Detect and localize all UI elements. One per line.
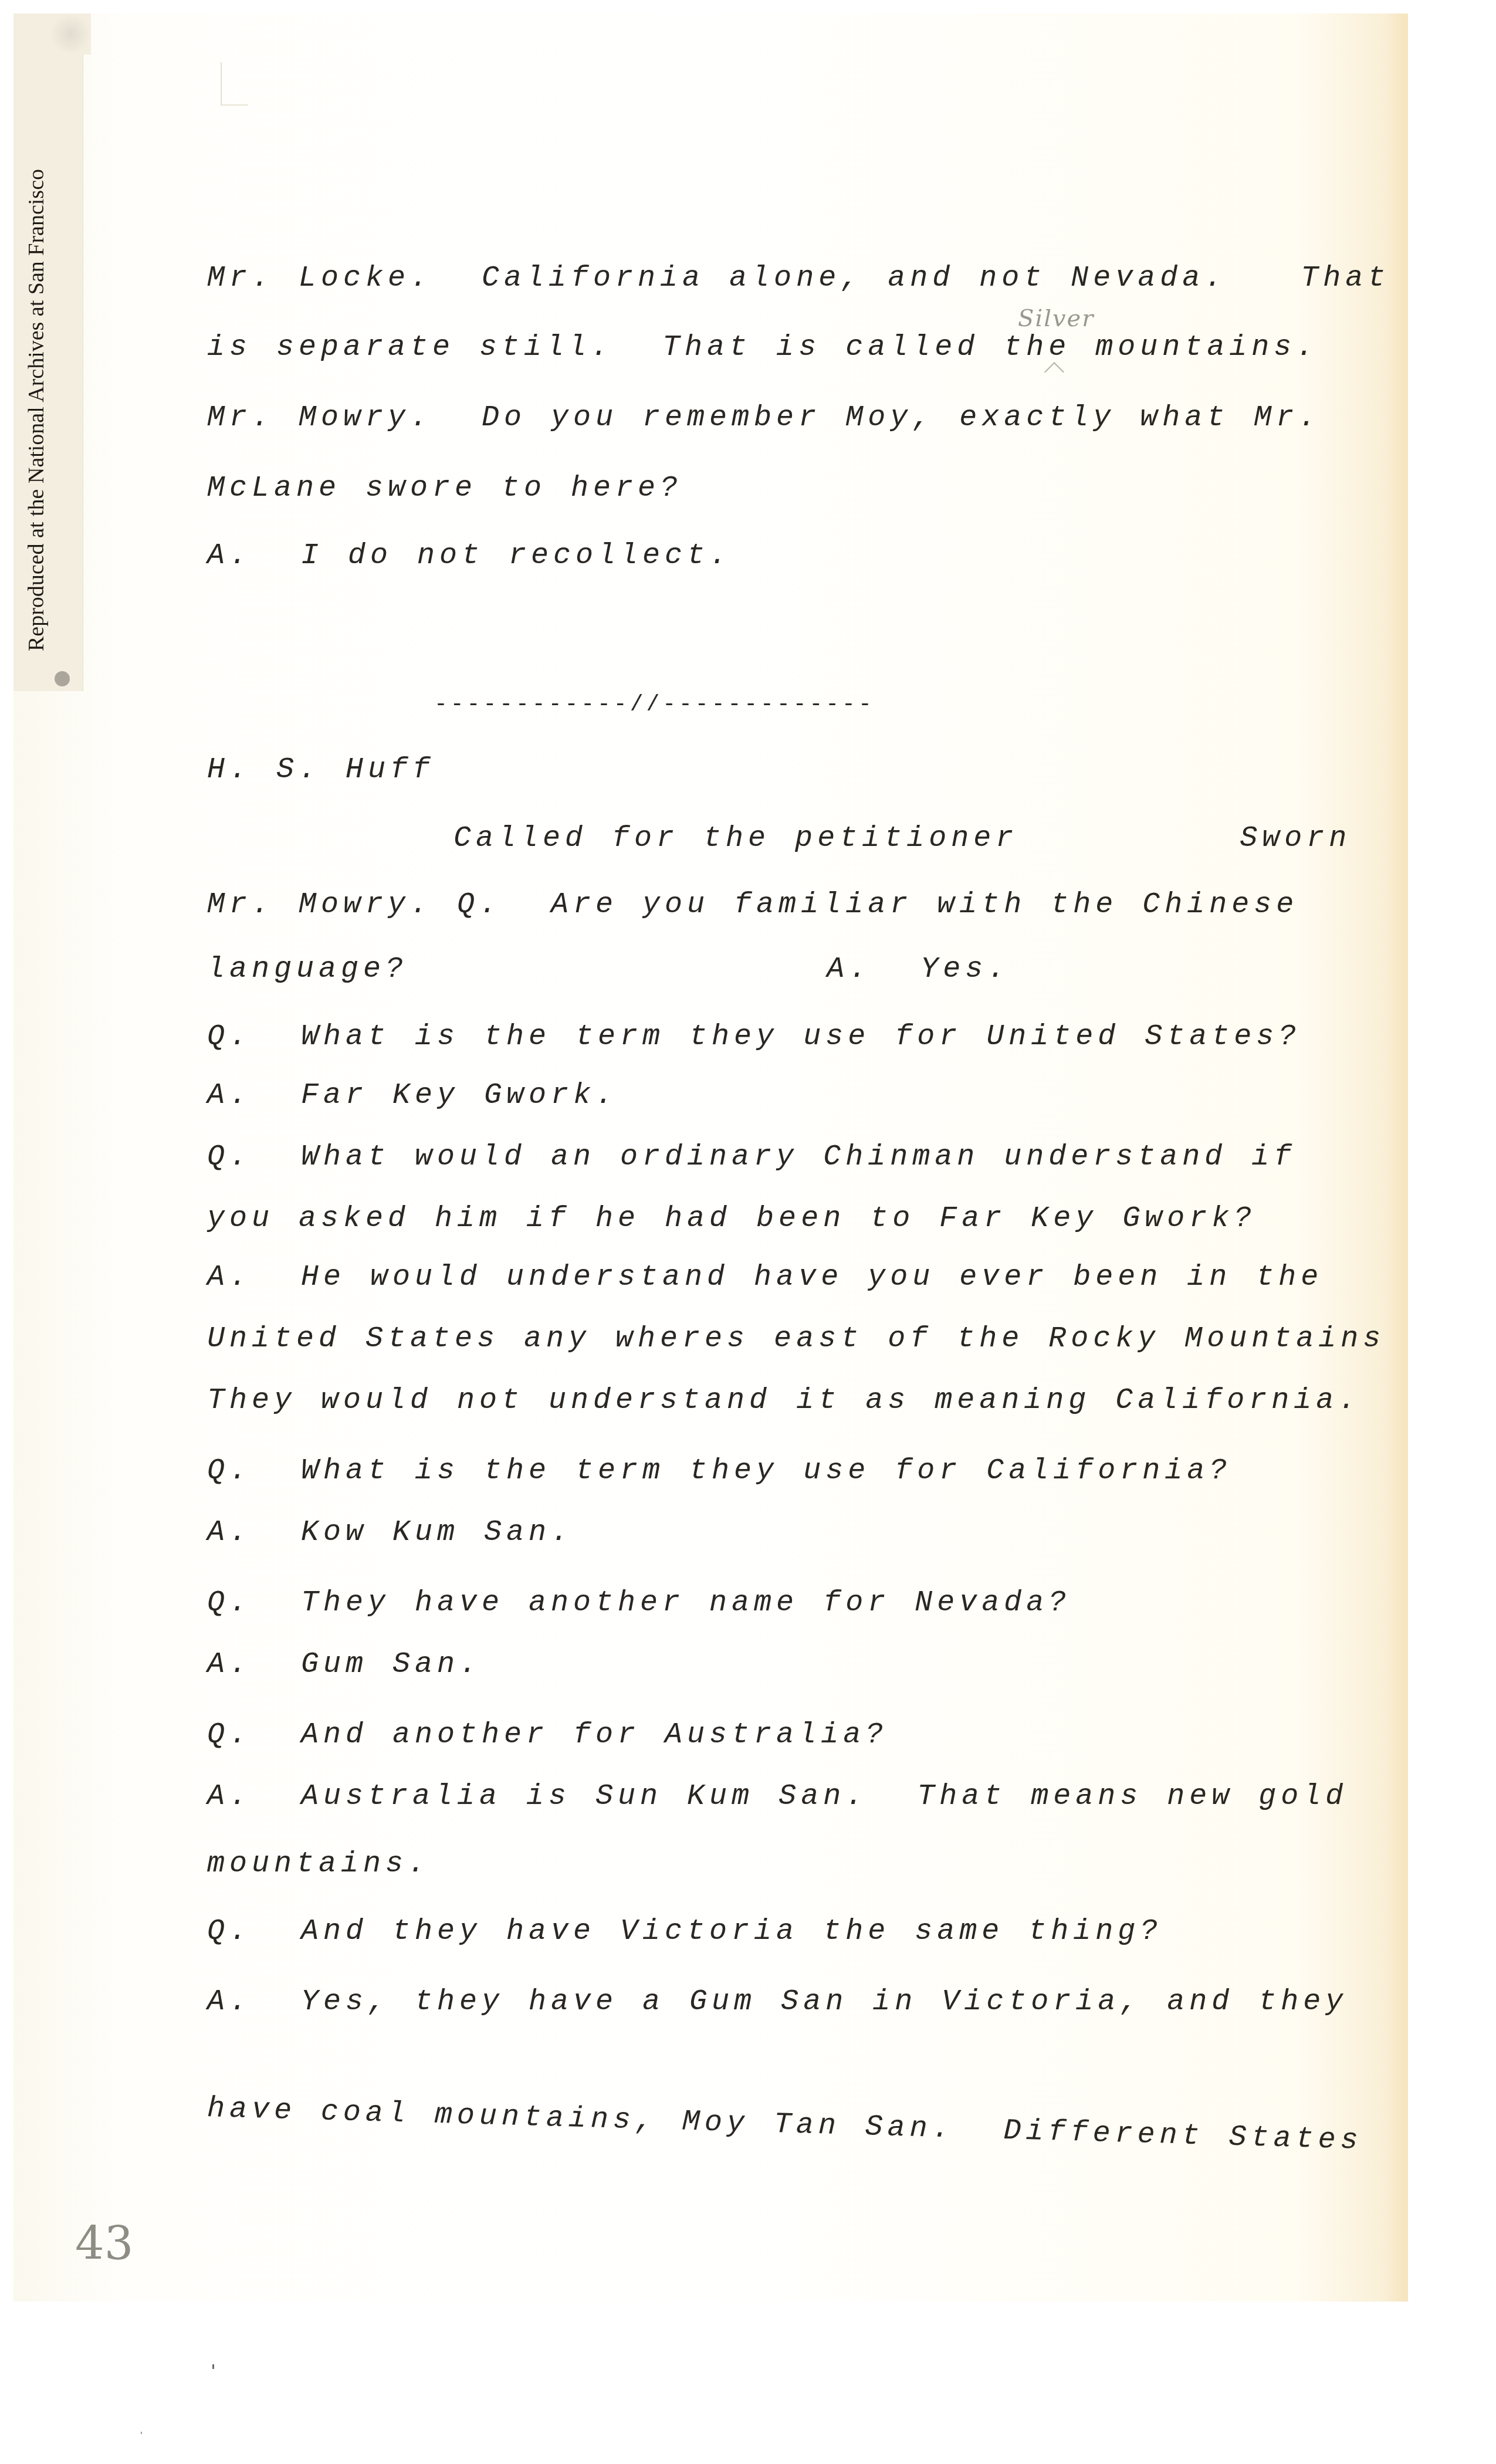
transcript-line: Q. What is the term they use for Califor… <box>207 1457 1231 1486</box>
witness-name: H. S. Huff <box>207 756 435 785</box>
witness-called-line: Called for the petitioner Sworn <box>207 824 1351 854</box>
transcript-line: Mr. Mowry. Q. Are you familiar with the … <box>207 891 1298 920</box>
transcript-line: They would not understand it as meaning … <box>207 1386 1360 1416</box>
transcript-line: Q. And another for Australia? <box>207 1721 888 1750</box>
handwritten-page-number: 43 <box>75 2218 133 2270</box>
handwritten-insertion: Silver <box>1018 305 1094 332</box>
transcript-line: A. I do not recollect. <box>207 541 732 571</box>
transcript-line: language? A. Yes. <box>207 955 1010 984</box>
corner-mark <box>221 62 248 106</box>
transcript-line: A. Yes, they have a Gum San in Victoria,… <box>207 1988 1348 2017</box>
strip-tab-top <box>50 13 91 55</box>
transcript-line: Mr. Mowry. Do you remember Moy, exactly … <box>207 404 1321 433</box>
transcript-line: Mr. Locke. California alone, and not Nev… <box>207 264 1390 293</box>
transcript-line: Q. What would an ordinary Chinman unders… <box>207 1143 1296 1172</box>
transcript-line: Q. What is the term they use for United … <box>207 1023 1301 1052</box>
transcript-line: A. Gum San. <box>207 1650 482 1680</box>
section-separator: ------------//------------- <box>434 692 875 717</box>
transcript-line: Q. And they have Victoria the same thing… <box>207 1917 1162 1947</box>
transcript-line: mountains. <box>207 1850 430 1879</box>
scan-speck <box>212 2364 214 2369</box>
transcript-line: Q. They have another name for Nevada? <box>207 1589 1071 1618</box>
transcript-line: A. Kow Kum San. <box>207 1518 573 1548</box>
transcript-line: A. Far Key Gwork. <box>207 1081 618 1111</box>
transcript-line: A. Australia is Sun Kum San. That means … <box>207 1782 1348 1812</box>
transcript-line: you asked him if he had been to Far Key … <box>207 1204 1256 1234</box>
scan-speck <box>141 2432 142 2434</box>
transcript-line: is separate still. That is called the mo… <box>207 333 1318 363</box>
transcript-line: McLane swore to here? <box>207 474 682 503</box>
transcript-line: A. He would understand have you ever bee… <box>207 1263 1323 1292</box>
strip-tab-bottom <box>55 671 70 686</box>
archive-stamp-text: Reproduced at the National Archives at S… <box>23 169 49 651</box>
transcript-line: United States any wheres east of the Roc… <box>207 1325 1385 1354</box>
